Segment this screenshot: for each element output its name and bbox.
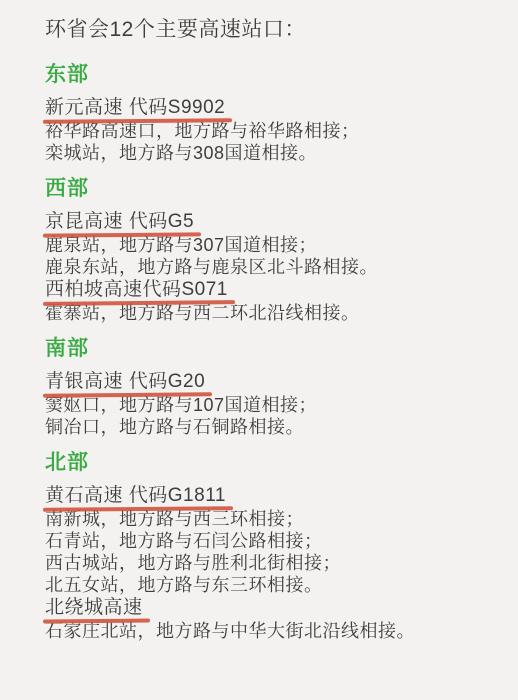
station-entry: 裕华路高速口，地方路与裕华路相接； bbox=[45, 120, 498, 142]
section-north: 北部 黄石高速 代码G1811 南新城，地方路与西三环相接； 石青站，地方路与石… bbox=[45, 450, 498, 642]
highway-text: 西柏坡高速代码S071 bbox=[45, 278, 228, 302]
station-entry: 霍寨站，地方路与西二环北沿线相接。 bbox=[45, 302, 498, 324]
highway-text: 黄石高速 代码G1811 bbox=[45, 484, 226, 508]
highway-entry: 新元高速 代码S9902 bbox=[45, 96, 498, 120]
highway-label: 西柏坡高速代码S071 bbox=[45, 279, 228, 300]
section-west: 西部 京昆高速 代码G5 鹿泉站，地方路与307国道相接； 鹿泉东站，地方路与鹿… bbox=[45, 176, 498, 324]
highway-entry: 京昆高速 代码G5 bbox=[45, 210, 498, 234]
section-east: 东部 新元高速 代码S9902 裕华路高速口，地方路与裕华路相接； 栾城站，地方… bbox=[45, 62, 498, 164]
highway-text: 青银高速 代码G20 bbox=[45, 370, 205, 394]
station-entry: 窦妪口，地方路与107国道相接； bbox=[45, 394, 498, 416]
article-page: 环省会12个主要高速站口： 东部 新元高速 代码S9902 裕华路高速口，地方路… bbox=[0, 0, 518, 700]
page-title: 环省会12个主要高速站口： bbox=[45, 16, 498, 44]
highway-label: 青银高速 代码G20 bbox=[45, 371, 205, 392]
highway-text: 新元高速 代码S9902 bbox=[45, 96, 225, 120]
highway-label: 北绕城高速 bbox=[45, 597, 143, 618]
highway-label: 黄石高速 代码G1811 bbox=[45, 485, 226, 506]
highway-entry: 西柏坡高速代码S071 bbox=[45, 278, 498, 302]
station-entry: 石家庄北站，地方路与中华大街北沿线相接。 bbox=[45, 620, 498, 642]
highway-label: 京昆高速 代码G5 bbox=[45, 211, 194, 232]
highway-entry: 黄石高速 代码G1811 bbox=[45, 484, 498, 508]
section-header-east: 东部 bbox=[45, 62, 498, 88]
highway-text: 京昆高速 代码G5 bbox=[45, 210, 194, 234]
section-header-south: 南部 bbox=[45, 336, 498, 362]
station-entry: 鹿泉站，地方路与307国道相接； bbox=[45, 234, 498, 256]
section-header-west: 西部 bbox=[45, 176, 498, 202]
highway-entry: 北绕城高速 bbox=[45, 596, 498, 620]
station-entry: 北五女站，地方路与东三环相接。 bbox=[45, 574, 498, 596]
highway-text: 北绕城高速 bbox=[45, 596, 143, 620]
station-entry: 南新城，地方路与西三环相接； bbox=[45, 508, 498, 530]
section-header-north: 北部 bbox=[45, 450, 498, 476]
highway-entry: 青银高速 代码G20 bbox=[45, 370, 498, 394]
station-entry: 鹿泉东站，地方路与鹿泉区北斗路相接。 bbox=[45, 256, 498, 278]
section-south: 南部 青银高速 代码G20 窦妪口，地方路与107国道相接； 铜冶口，地方路与石… bbox=[45, 336, 498, 438]
station-entry: 西古城站，地方路与胜利北街相接； bbox=[45, 552, 498, 574]
highway-label: 新元高速 代码S9902 bbox=[45, 97, 225, 118]
station-entry: 栾城站，地方路与308国道相接。 bbox=[45, 142, 498, 164]
station-entry: 石青站，地方路与石闫公路相接； bbox=[45, 530, 498, 552]
station-entry: 铜冶口，地方路与石铜路相接。 bbox=[45, 416, 498, 438]
